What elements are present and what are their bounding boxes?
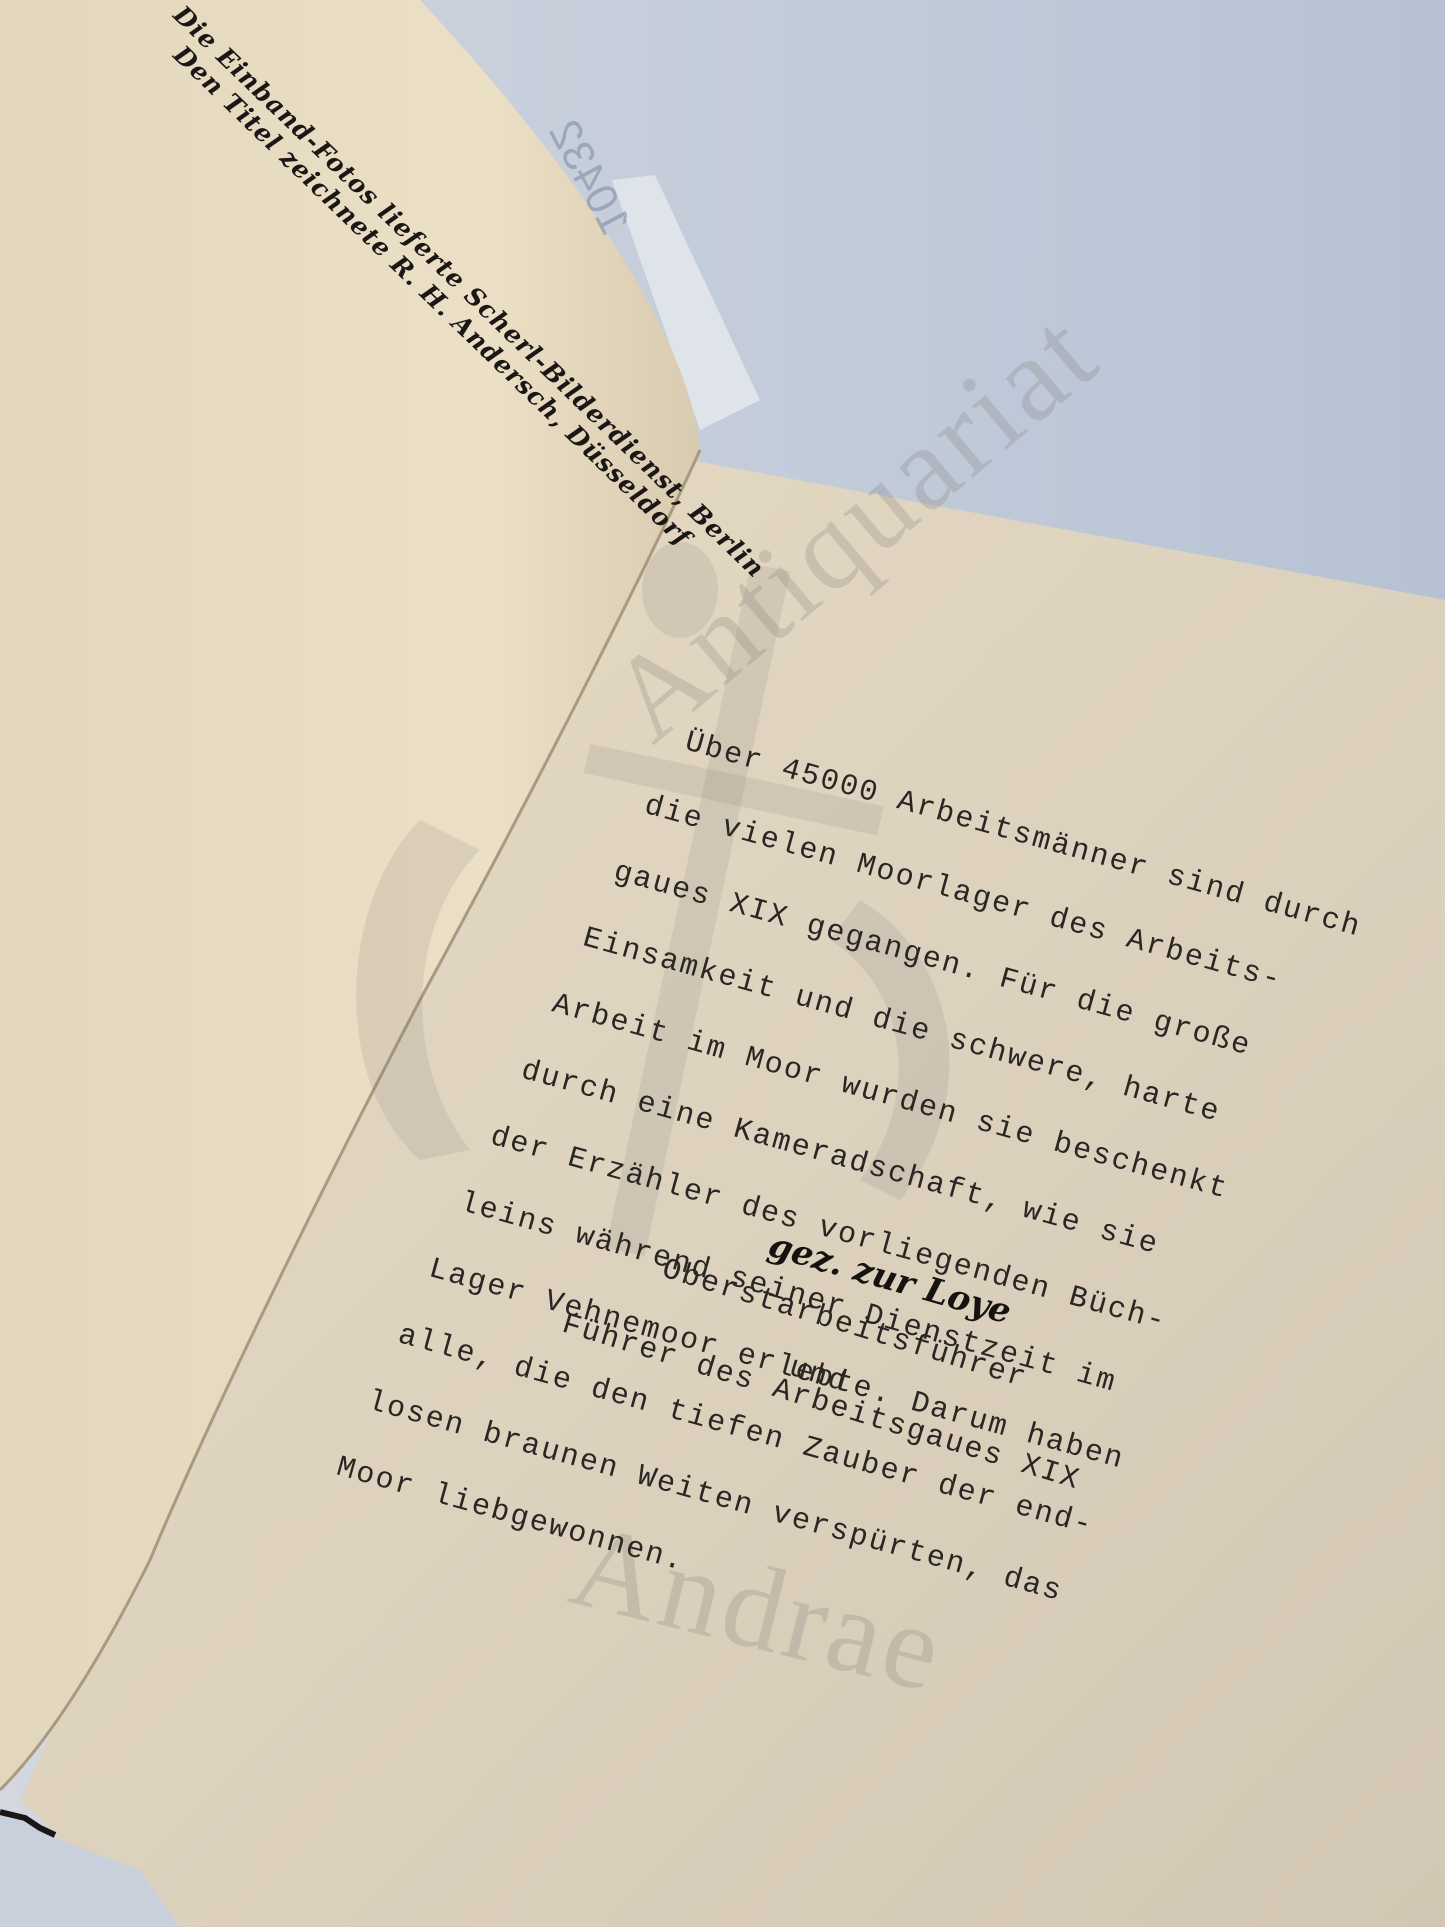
photo-scene: 10432 Die Einband-Fotos lieferte Scherl-…: [0, 0, 1445, 1927]
